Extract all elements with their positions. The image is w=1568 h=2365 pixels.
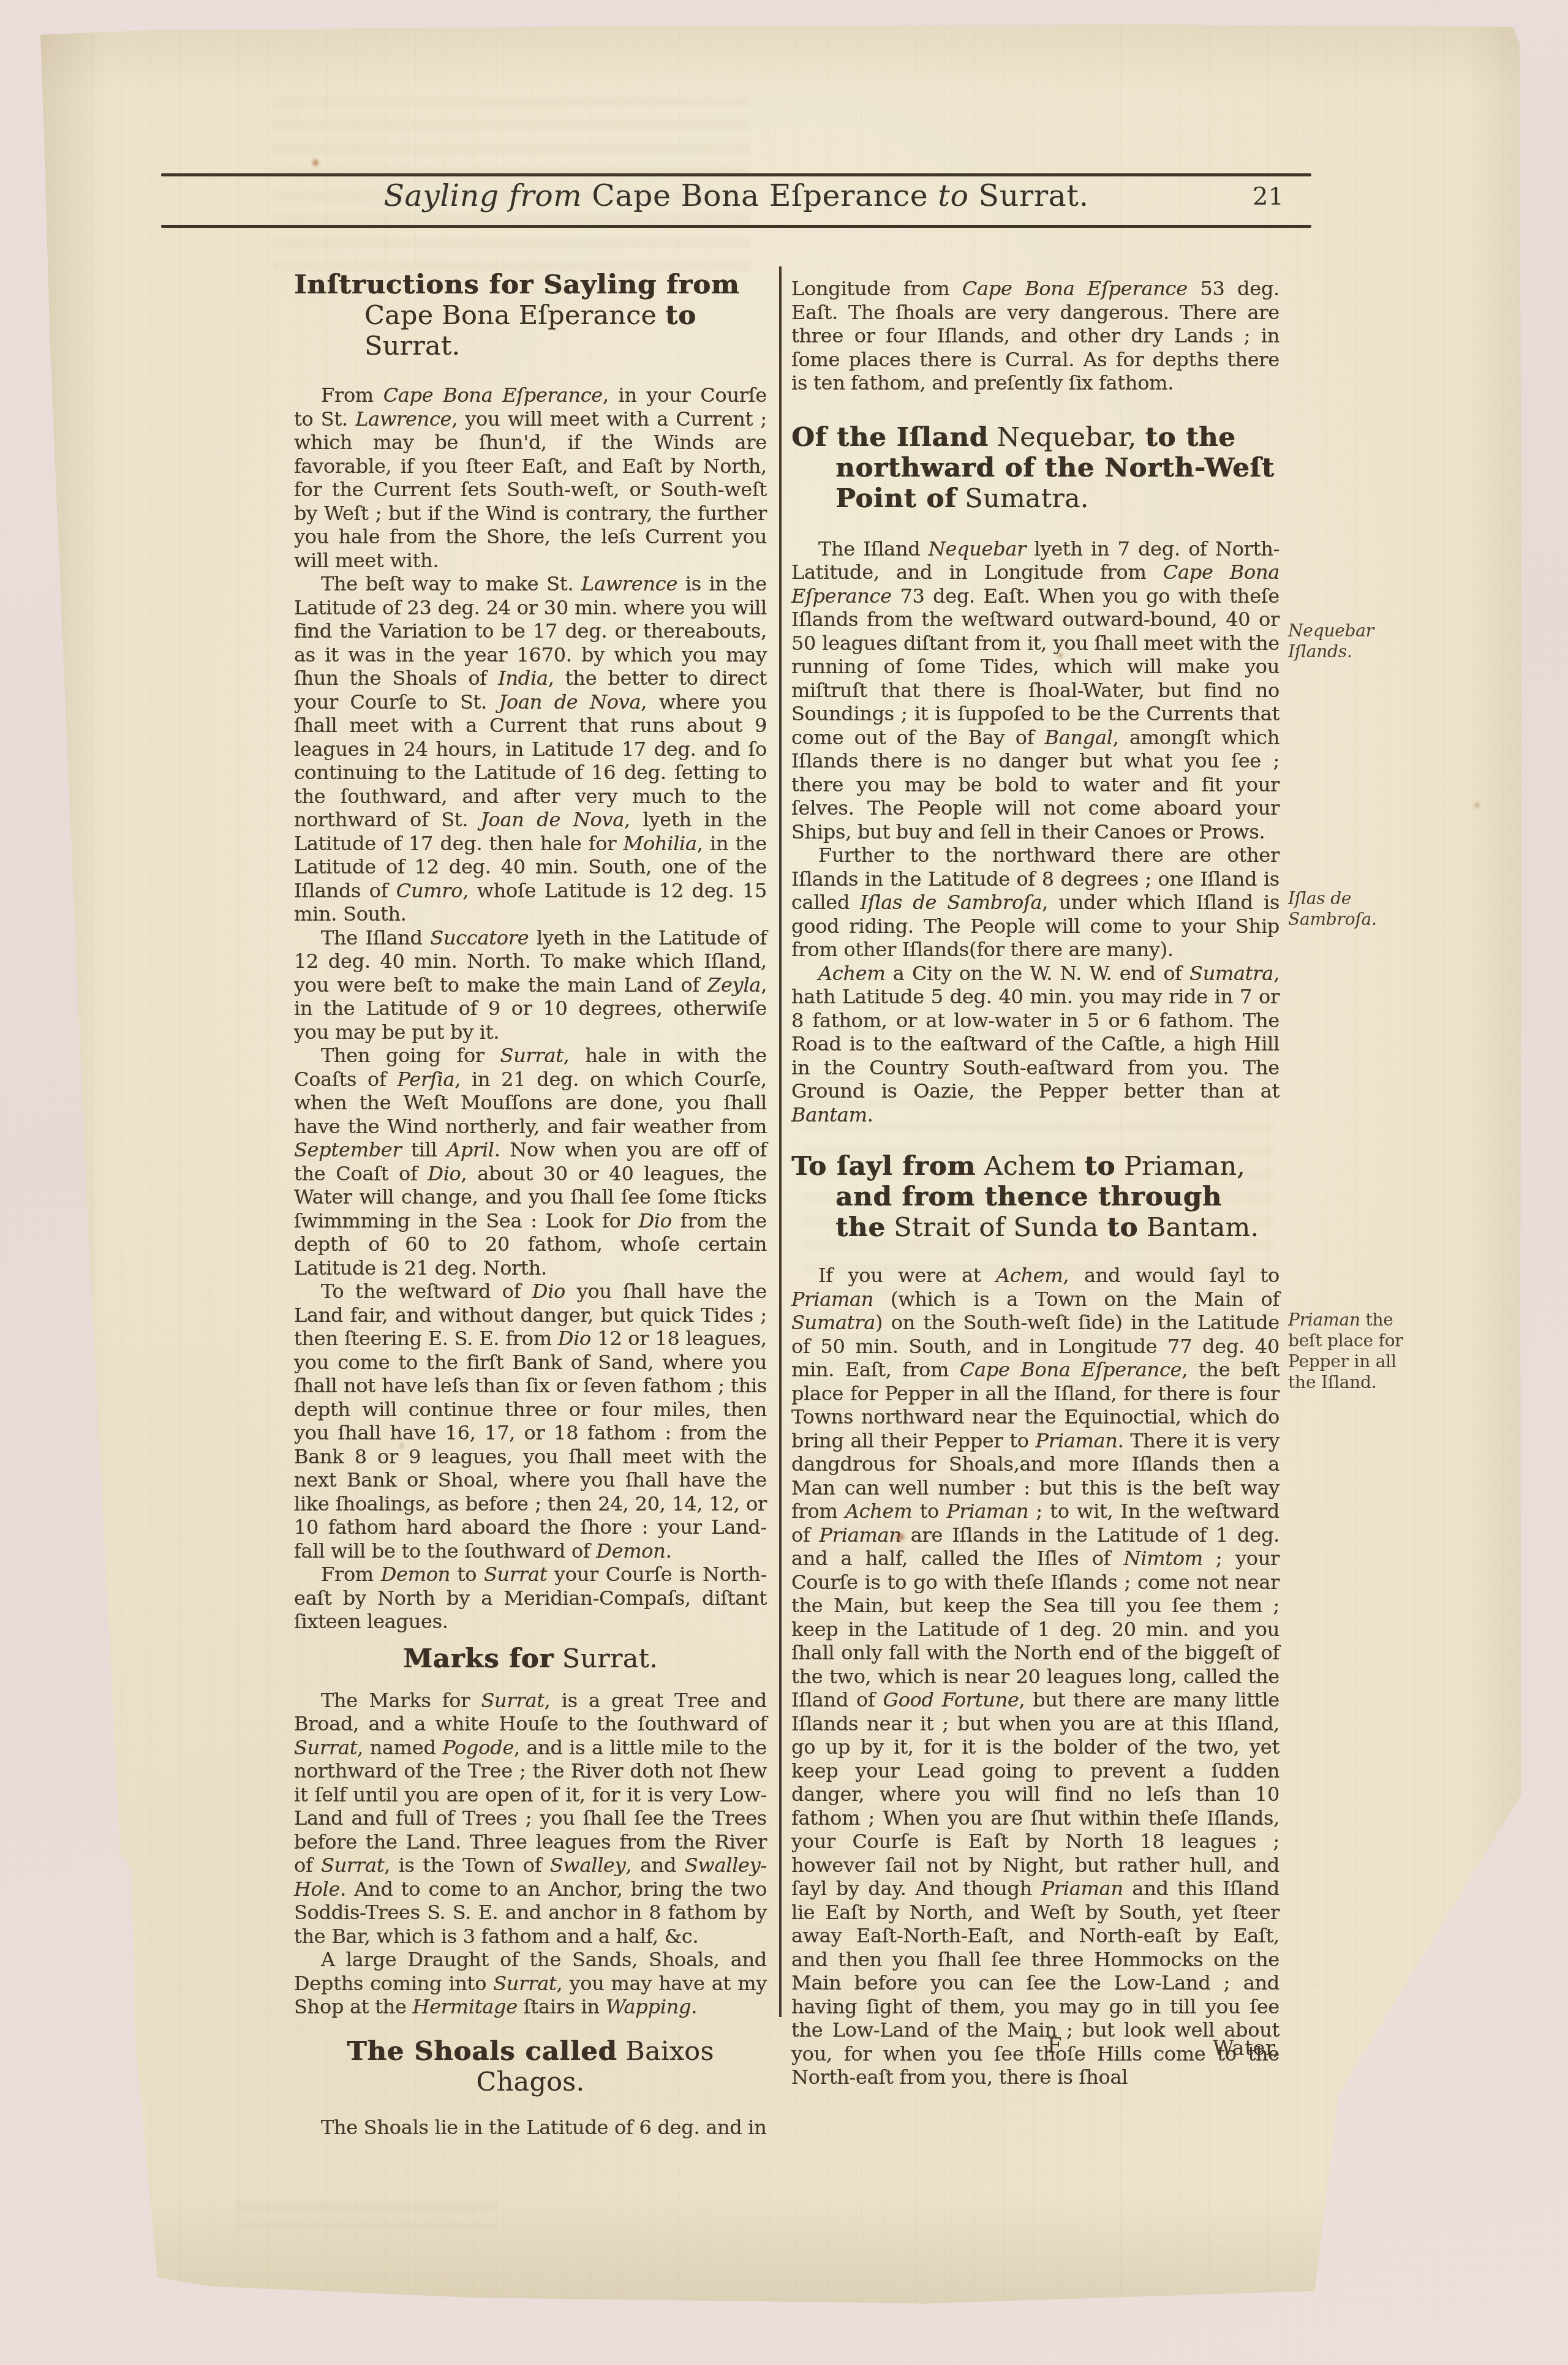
fox-spot — [1474, 802, 1480, 808]
section-heading-instructions: Inſtructions for Sayling from Cape Bona … — [294, 270, 767, 361]
paragraph: Longitude from Cape Bona Eſperance 53 de… — [791, 277, 1280, 395]
paragraph: The Marks for Surrat, is a great Tree an… — [294, 1689, 767, 1948]
margin-note-priaman: Priaman the beſt place for Pepper in all… — [1288, 1310, 1414, 1393]
paragraph: A large Draught of the Sands, Shoals, an… — [294, 1948, 767, 2019]
running-head-rule-top — [161, 173, 1311, 176]
catchword: Water, — [1213, 2036, 1280, 2061]
margin-note-nequebar: Nequebar Iſlands. — [1288, 620, 1414, 662]
right-column: Longitude from Cape Bona Eſperance 53 de… — [791, 277, 1280, 2089]
paragraph: From Cape Bona Eſperance, in your Courſe… — [294, 383, 767, 572]
column-divider — [779, 266, 782, 2017]
bleedthrough-text — [236, 2201, 499, 2229]
paragraph: To the weſtward of Dio you ſhall have th… — [294, 1280, 767, 1563]
paragraph: The Iſland Succatore lyeth in the Latitu… — [294, 926, 767, 1044]
paragraph: Achem a City on the W. N. W. end of Suma… — [791, 962, 1280, 1127]
margin-note-sambrosa: Iſlas de Sambroſa. — [1288, 888, 1414, 930]
page-edge-shading — [34, 23, 1523, 2309]
section-heading-nequebar: Of the Iſland Nequebar, to the northward… — [791, 422, 1280, 514]
signature-mark: F — [1047, 2034, 1062, 2058]
running-head-rule-bottom — [161, 225, 1311, 228]
page-number: 21 — [1253, 183, 1284, 211]
running-headline: Sayling from Cape Bona Eſperance to Surr… — [161, 178, 1311, 214]
left-column: Inſtructions for Sayling from Cape Bona … — [294, 270, 767, 2139]
paragraph: From Demon to Surrat your Courſe is Nort… — [294, 1563, 767, 1634]
paragraph: If you were at Achem, and would ſayl to … — [791, 1264, 1280, 2089]
section-heading-marks: Marks for Surrat. — [294, 1643, 767, 1674]
paragraph: Then going for Surrat, hale in with the … — [294, 1044, 767, 1280]
paragraph: The Shoals lie in the Latitude of 6 deg.… — [294, 2116, 767, 2140]
paragraph: Further to the northward there are other… — [791, 843, 1280, 962]
book-page-scan: Sayling from Cape Bona Eſperance to Surr… — [34, 23, 1523, 2309]
section-heading-sayl: To ſayl from Achem to Priaman, and from … — [791, 1151, 1280, 1243]
paragraph: The Iſland Nequebar lyeth in 7 deg. of N… — [791, 537, 1280, 844]
fox-spot — [312, 159, 318, 166]
paragraph: The beſt way to make St. Lawrence is in … — [294, 572, 767, 926]
section-heading-shoals: The Shoals called Baixos Chagos. — [294, 2036, 767, 2097]
screenshot-root: { "colors": { "backdrop": "#e8d9d5", "pa… — [0, 0, 1568, 2365]
